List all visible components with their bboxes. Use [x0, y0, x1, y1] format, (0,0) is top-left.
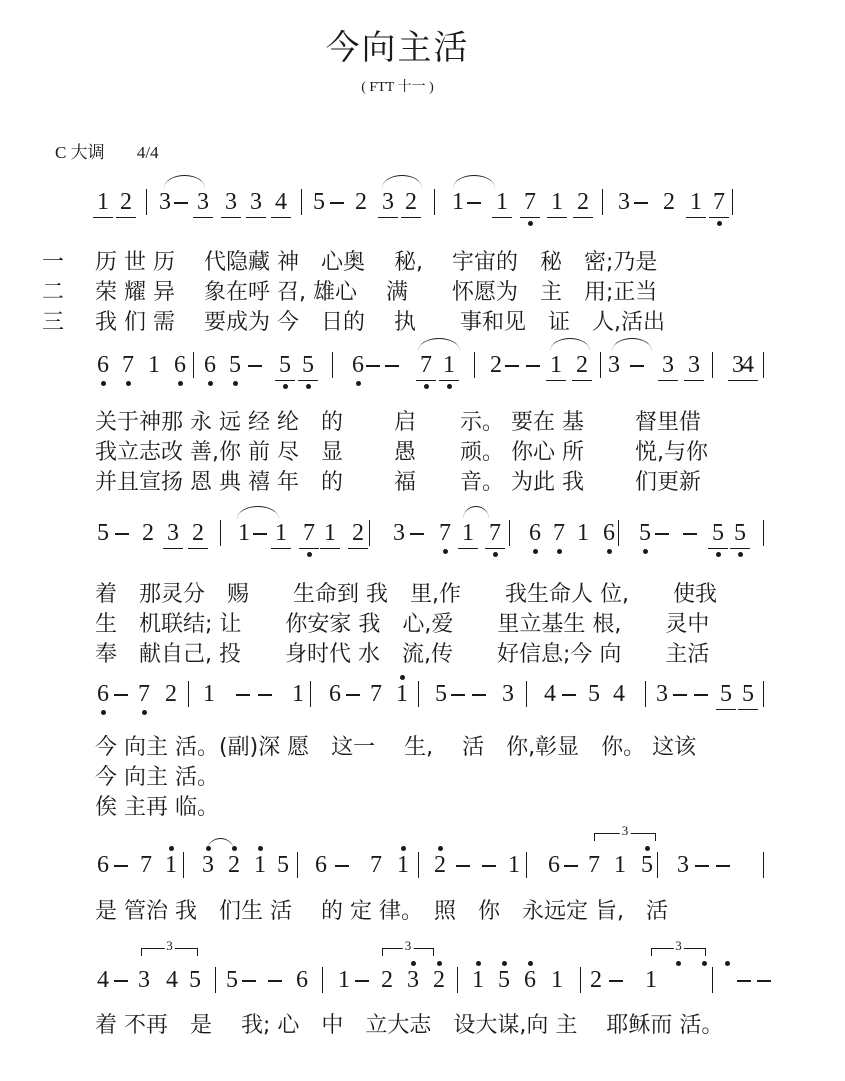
barline [193, 352, 194, 378]
lyric-line: 历 世 历 代隐藏 神 心奥 秘, 宇宙的 秘 密;乃是 [95, 248, 657, 278]
note: 5 [710, 520, 726, 546]
note: 7 [586, 852, 602, 878]
note: 5 [277, 352, 293, 378]
lyric-line: 我立志改 善,你 前 尽 显 愚 顽。 你心 所 悦,与你 [95, 438, 708, 468]
sustain-dash [355, 980, 369, 982]
low-octave-dot [306, 384, 311, 389]
sustain-dash [258, 694, 272, 696]
sustain-dash [609, 980, 623, 982]
note: 1 [612, 852, 628, 878]
note: 1 [163, 852, 179, 878]
barline [657, 852, 658, 878]
note: 1 [494, 189, 510, 215]
barline [332, 352, 333, 378]
low-octave-dot [283, 384, 288, 389]
barline [418, 852, 419, 878]
sustain-dash [694, 694, 708, 696]
sustain-dash [526, 365, 540, 367]
note: 1 [95, 189, 111, 215]
note: 3 [195, 189, 211, 215]
tie-arc [237, 506, 279, 519]
tie-arc [418, 338, 460, 351]
lyric-line: 奉 献自己, 投 身时代 水 流,传 好信息;今 向 主活 [95, 640, 709, 670]
low-octave-dot [533, 549, 538, 554]
barline [712, 967, 713, 993]
high-octave-dot [401, 846, 406, 851]
low-octave-dot [126, 381, 131, 386]
barline [322, 967, 323, 993]
note: 6 [95, 352, 111, 378]
sustain-dash [467, 202, 481, 204]
barline [474, 352, 475, 378]
lyric-line: 着 那灵分 赐 生命到 我 里,作 我生命人 位, 使我 [95, 580, 717, 610]
lyric-line: 我 们 需 要成为 今 日的 执 事和见 证 人,活出 [95, 308, 665, 338]
note: 1 [506, 852, 522, 878]
note: 2 [379, 967, 395, 993]
low-octave-dot [716, 552, 721, 557]
low-octave-dot [356, 381, 361, 386]
lyric-line: 并且宣扬 恩 典 禧 年 的 福 音。 为此 我 们更新 [95, 468, 701, 498]
note: 1 [201, 681, 217, 707]
high-octave-dot [502, 961, 507, 966]
note: 7 [522, 189, 538, 215]
high-octave-dot [258, 846, 263, 851]
note: 1 [146, 352, 162, 378]
note: 3 [380, 189, 396, 215]
lyric-line: 俟 主再 临。 [95, 793, 219, 823]
barline [732, 189, 733, 215]
note: 6 [527, 520, 543, 546]
note: 1 [395, 852, 411, 878]
note: 5 [740, 681, 756, 707]
low-octave-dot [307, 552, 312, 557]
barline [763, 681, 764, 707]
note: 1 [549, 189, 565, 215]
note: 6 [294, 967, 310, 993]
note: 2 [432, 852, 448, 878]
note: 6 [202, 352, 218, 378]
note: 7 [711, 189, 727, 215]
note: 4 [95, 967, 111, 993]
sustain-dash [562, 694, 576, 696]
note: 6 [601, 520, 617, 546]
sustain-dash [716, 865, 730, 867]
sustain-dash [115, 533, 129, 535]
high-octave-dot [438, 846, 443, 851]
note: 6 [522, 967, 538, 993]
sustain-dash [114, 865, 128, 867]
sustain-dash [335, 865, 349, 867]
verse-number: 二 [42, 278, 64, 308]
note: 4 [164, 967, 180, 993]
lyric-line: 荣 耀 异 象在呼 召, 雄心 满 怀愿为 主 用;正当 [95, 278, 657, 308]
barline [434, 189, 435, 215]
low-octave-dot [557, 549, 562, 554]
barline [183, 852, 184, 878]
note: 5 [275, 852, 291, 878]
note: 3 [660, 352, 676, 378]
note: 7 [138, 852, 154, 878]
sustain-dash [268, 980, 282, 982]
note: 5 [586, 681, 602, 707]
triplet-number: 3 [164, 939, 175, 952]
note: 2 [353, 189, 369, 215]
note: 7 [368, 852, 384, 878]
sustain-dash [174, 202, 188, 204]
high-octave-dot [476, 961, 481, 966]
barline [188, 681, 189, 707]
low-octave-dot [528, 221, 533, 226]
low-octave-dot [424, 384, 429, 389]
note: 3 [500, 681, 516, 707]
barline [618, 520, 619, 546]
note: 3 [606, 352, 622, 378]
note: 6 [95, 681, 111, 707]
low-octave-dot [142, 710, 147, 715]
note: 1 [643, 967, 659, 993]
note: 1 [336, 967, 352, 993]
high-octave-dot [411, 961, 416, 966]
sustain-dash [366, 365, 380, 367]
note: 7 [120, 352, 136, 378]
sustain-dash [634, 202, 648, 204]
note: 3 [616, 189, 632, 215]
sustain-dash [505, 365, 519, 367]
barline [526, 681, 527, 707]
sustain-dash [114, 694, 128, 696]
sustain-dash [248, 365, 262, 367]
lyric-line: 关于神那 永 远 经 纶 的 启 示。 要在 基 督里借 [95, 408, 701, 438]
low-octave-dot [178, 381, 183, 386]
triplet-bracket: 3 [594, 833, 656, 841]
barline [301, 189, 302, 215]
barline [763, 520, 764, 546]
verse-number: 三 [42, 308, 64, 338]
note: 7 [418, 352, 434, 378]
sustain-dash [330, 202, 344, 204]
note: 2 [163, 681, 179, 707]
note: 4 [740, 352, 756, 378]
note: 3 [248, 189, 264, 215]
high-octave-dot [437, 961, 442, 966]
tie-arc [453, 175, 495, 188]
barline [580, 967, 581, 993]
sustain-dash [253, 533, 267, 535]
barline [297, 852, 298, 878]
tie-arc [612, 338, 652, 351]
song-title: 今向主活 [0, 20, 795, 69]
low-octave-dot [447, 384, 452, 389]
low-octave-dot [101, 710, 106, 715]
note: 3 [223, 189, 239, 215]
note: 5 [637, 520, 653, 546]
song-subtitle: ( FTT 十一 ) [0, 76, 795, 96]
note: 6 [95, 852, 111, 878]
note: 2 [488, 352, 504, 378]
high-octave-dot [702, 961, 707, 966]
low-octave-dot [443, 549, 448, 554]
note: 6 [327, 681, 343, 707]
note: 2 [575, 189, 591, 215]
high-octave-dot [400, 675, 405, 680]
sustain-dash [757, 980, 771, 982]
lyric-line: 是 管治 我 们生 活 的 定 律。 照 你 永远定 旨, 活 [95, 897, 668, 927]
note: 5 [732, 520, 748, 546]
note: 1 [394, 681, 410, 707]
note: 1 [441, 352, 457, 378]
barline [712, 352, 713, 378]
high-octave-dot [676, 961, 681, 966]
note: 5 [95, 520, 111, 546]
note: 1 [236, 520, 252, 546]
note: 1 [322, 520, 338, 546]
note: 2 [350, 520, 366, 546]
triplet-number: 3 [673, 939, 684, 952]
barline [146, 189, 147, 215]
note: 6 [172, 352, 188, 378]
barline [310, 681, 311, 707]
key-signature: C 大调 [55, 143, 105, 162]
barline [220, 520, 221, 546]
note: 3 [686, 352, 702, 378]
sustain-dash [695, 865, 709, 867]
note: 5 [496, 967, 512, 993]
low-octave-dot [717, 221, 722, 226]
note: 4 [611, 681, 627, 707]
note: 5 [187, 967, 203, 993]
note: 1 [548, 352, 564, 378]
low-octave-dot [233, 381, 238, 386]
note: 1 [290, 681, 306, 707]
note: 6 [313, 852, 329, 878]
barline [763, 352, 764, 378]
barline [369, 520, 370, 546]
note: 3 [157, 189, 173, 215]
sustain-dash [114, 980, 128, 982]
barline [418, 681, 419, 707]
barline [509, 520, 510, 546]
note: 5 [300, 352, 316, 378]
low-octave-dot [208, 381, 213, 386]
triplet-number: 3 [403, 939, 414, 952]
time-signature: 4/4 [137, 143, 159, 162]
sustain-dash [346, 694, 360, 696]
sustain-dash [410, 533, 424, 535]
note: 5 [311, 189, 327, 215]
barline [600, 352, 601, 378]
lyric-line: 生 机联结; 让 你安家 我 心,爱 里立基生 根, 灵中 [95, 610, 709, 640]
note: 5 [433, 681, 449, 707]
note: 1 [273, 520, 289, 546]
note: 7 [437, 520, 453, 546]
low-octave-dot [101, 381, 106, 386]
note: 1 [450, 189, 466, 215]
note: 7 [368, 681, 384, 707]
sustain-dash [737, 980, 751, 982]
triplet-bracket: 3 [651, 948, 706, 956]
note: 2 [588, 967, 604, 993]
note: 6 [350, 352, 366, 378]
high-octave-dot [725, 961, 730, 966]
sustain-dash [451, 694, 465, 696]
tie-arc [550, 338, 590, 351]
note: 3 [405, 967, 421, 993]
note: 3 [654, 681, 670, 707]
note: 2 [403, 189, 419, 215]
note: 7 [136, 681, 152, 707]
note: 2 [226, 852, 242, 878]
barline [215, 967, 216, 993]
high-octave-dot [645, 846, 650, 851]
note: 1 [688, 189, 704, 215]
sustain-dash [630, 365, 644, 367]
note: 3 [391, 520, 407, 546]
barline [457, 967, 458, 993]
sustain-dash [564, 865, 578, 867]
triplet-number: 3 [620, 824, 631, 837]
barline [763, 852, 764, 878]
barline [602, 189, 603, 215]
note: 1 [460, 520, 476, 546]
note: 2 [661, 189, 677, 215]
low-octave-dot [607, 549, 612, 554]
tie-arc [463, 506, 489, 519]
sustain-dash [236, 694, 250, 696]
note: 5 [227, 352, 243, 378]
note: 7 [301, 520, 317, 546]
sustain-dash [472, 694, 486, 696]
triplet-bracket: 3 [382, 948, 434, 956]
note: 5 [639, 852, 655, 878]
note: 1 [575, 520, 591, 546]
sustain-dash [655, 533, 669, 535]
high-octave-dot [169, 846, 174, 851]
barline [526, 852, 527, 878]
note: 4 [542, 681, 558, 707]
note: 5 [718, 681, 734, 707]
note: 1 [252, 852, 268, 878]
tie-arc [207, 838, 234, 851]
low-octave-dot [493, 552, 498, 557]
sustain-dash [456, 865, 470, 867]
high-octave-dot [528, 961, 533, 966]
note: 3 [136, 967, 152, 993]
low-octave-dot [738, 552, 743, 557]
note: 5 [224, 967, 240, 993]
triplet-bracket: 3 [141, 948, 198, 956]
note: 7 [487, 520, 503, 546]
low-octave-dot [643, 549, 648, 554]
sustain-dash [683, 533, 697, 535]
tie-arc [164, 175, 205, 188]
barline [645, 681, 646, 707]
note: 2 [118, 189, 134, 215]
note: 1 [470, 967, 486, 993]
note: 2 [431, 967, 447, 993]
note: 3 [200, 852, 216, 878]
sustain-dash [482, 865, 496, 867]
note: 1 [549, 967, 565, 993]
sustain-dash [385, 365, 399, 367]
lyric-line: 今 向主 活。(副)深 愿 这一 生, 活 你,彰显 你。 这该 [95, 733, 696, 763]
note: 3 [165, 520, 181, 546]
lyric-line: 今 向主 活。 [95, 763, 219, 793]
verse-number: 一 [42, 248, 64, 278]
note: 3 [675, 852, 691, 878]
note: 2 [190, 520, 206, 546]
lyric-line: 着 不再 是 我; 心 中 立大志 设大谋,向 主 耶稣而 活。 [95, 1011, 723, 1041]
tie-arc [382, 175, 422, 188]
note: 7 [551, 520, 567, 546]
sustain-dash [673, 694, 687, 696]
note: 2 [574, 352, 590, 378]
note: 6 [546, 852, 562, 878]
note: 4 [273, 189, 289, 215]
song-meta: C 大调 4/4 [55, 138, 187, 163]
note: 2 [140, 520, 156, 546]
sustain-dash [242, 980, 256, 982]
